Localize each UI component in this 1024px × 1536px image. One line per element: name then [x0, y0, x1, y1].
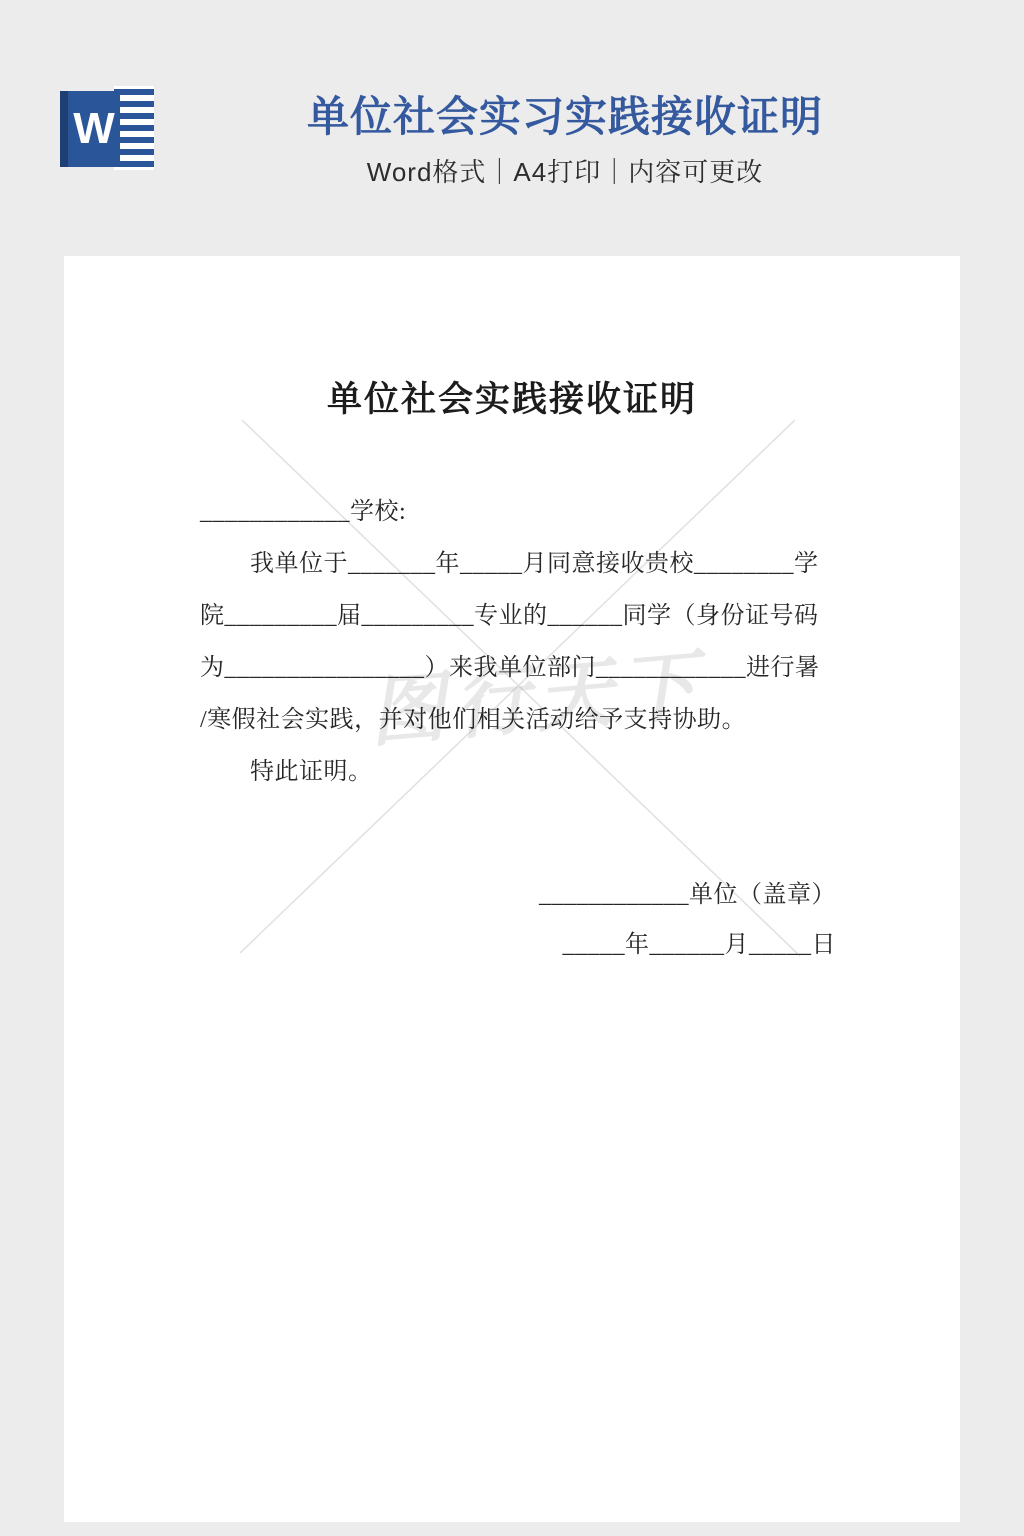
doc-line-body-3: 为________________）来我单位部门____________进行暑	[200, 642, 826, 694]
doc-line-body-1: 我单位于_______年_____月同意接收贵校________学	[200, 538, 826, 590]
word-icon-fold	[60, 91, 68, 167]
doc-line-salutation: ____________学校:	[200, 486, 826, 538]
page-title: 单位社会实习实践接收证明	[106, 94, 1024, 140]
doc-line-closing: 特此证明。	[200, 746, 826, 798]
doc-line-body-4: /寒假社会实践，并对他们相关活动给予支持协助。	[200, 694, 826, 746]
signature-block: ____________单位（盖章） _____年______月_____日	[200, 870, 836, 970]
signature-date-line: _____年______月_____日	[200, 920, 836, 970]
header: 单位社会实习实践接收证明 Word格式｜A4打印｜内容可更改	[106, 94, 1024, 189]
document-page: 图行天下 单位社会实践接收证明 ____________学校: 我单位于____…	[64, 256, 960, 1522]
doc-line-body-2: 院_________届_________专业的______同学（身份证号码	[200, 590, 826, 642]
document-title: 单位社会实践接收证明	[64, 372, 960, 422]
document-body: ____________学校: 我单位于_______年_____月同意接收贵校…	[200, 486, 826, 798]
signature-unit-line: ____________单位（盖章）	[200, 870, 836, 920]
page-subtitle: Word格式｜A4打印｜内容可更改	[106, 152, 1024, 189]
